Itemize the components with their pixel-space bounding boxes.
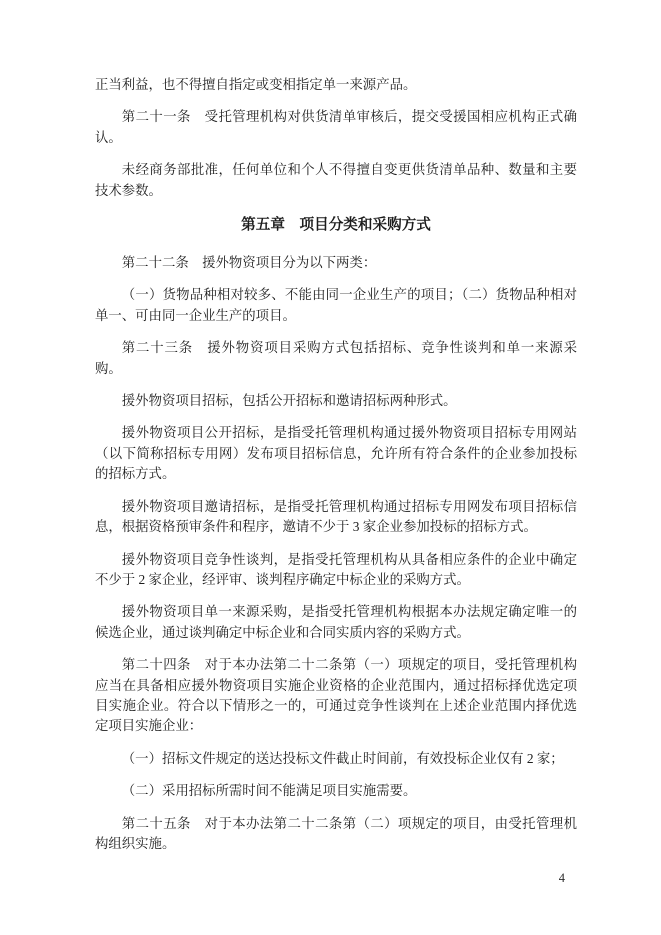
paragraph: （一）货物品种相对较多、不能由同一企业生产的项目；（二）货物品种相对单一、可由同… [95, 285, 577, 326]
paragraph: 未经商务部批准，任何单位和个人不得擅自变更供货清单品种、数量和主要技术参数。 [95, 160, 577, 201]
paragraph: 援外物资项目招标，包括公开招标和邀请招标两种形式。 [95, 391, 577, 411]
paragraph: 正当利益，也不得擅自指定或变相指定单一来源产品。 [95, 75, 577, 95]
paragraph: （二）采用招标所需时间不能满足项目实施需要。 [95, 781, 577, 801]
chapter-heading: 第五章 项目分类和采购方式 [95, 215, 577, 236]
paragraph: 援外物资项目竞争性谈判，是指受托管理机构从具备相应条件的企业中确定不少于 2 家… [95, 550, 577, 591]
paragraph: 第二十二条 援外物资项目分为以下两类： [95, 253, 577, 273]
paragraph: 第二十一条 受托管理机构对供货清单审核后，提交受援国相应机构正式确认。 [95, 107, 577, 148]
document-content: 正当利益，也不得擅自指定或变相指定单一来源产品。第二十一条 受托管理机构对供货清… [95, 75, 577, 866]
paragraph: 援外物资项目单一来源采购，是指受托管理机构根据本办法规定确定唯一的候选企业，通过… [95, 602, 577, 643]
document-page: 正当利益，也不得擅自指定或变相指定单一来源产品。第二十一条 受托管理机构对供货清… [0, 0, 661, 935]
paragraph: 援外物资项目邀请招标，是指受托管理机构通过招标专用网发布项目招标信息，根据资格预… [95, 497, 577, 538]
paragraph: 第二十四条 对于本办法第二十二条第（一）项规定的项目，受托管理机构应当在具备相应… [95, 655, 577, 737]
paragraph: 援外物资项目公开招标，是指受托管理机构通过援外物资项目招标专用网站（以下简称招标… [95, 423, 577, 484]
paragraph: 第二十三条 援外物资项目采购方式包括招标、竞争性谈判和单一来源采购。 [95, 338, 577, 379]
page-number: 4 [559, 871, 565, 885]
paragraph: （一）招标文件规定的送达投标文件截止时间前，有效投标企业仅有 2 家； [95, 749, 577, 769]
paragraph: 第二十五条 对于本办法第二十二条第（二）项规定的项目，由受托管理机构组织实施。 [95, 814, 577, 855]
